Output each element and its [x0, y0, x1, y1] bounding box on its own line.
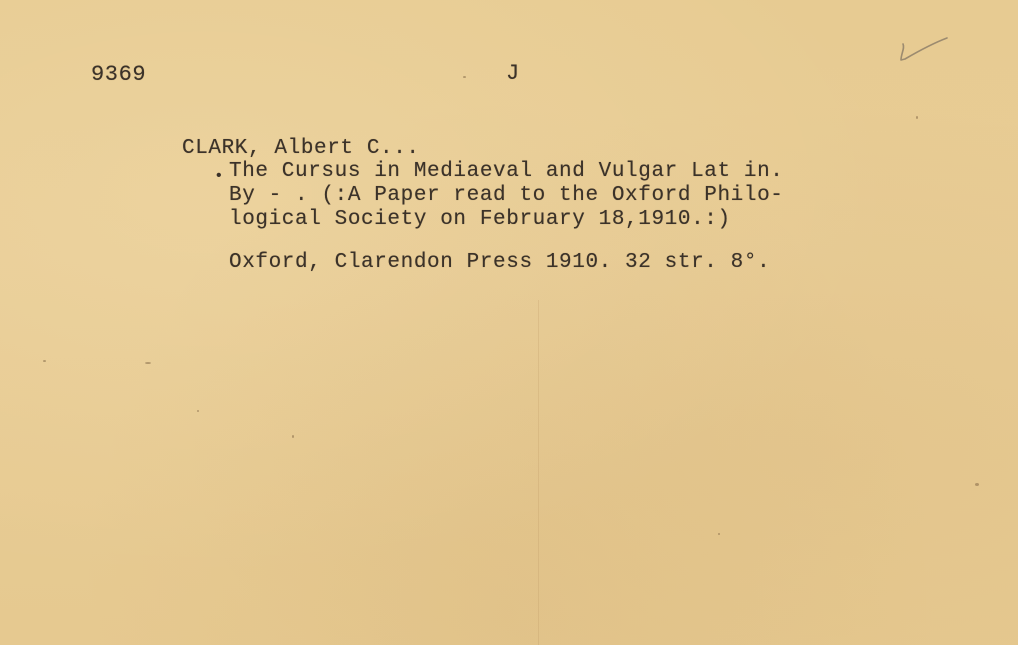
paper-speck	[292, 435, 294, 438]
letter-mark: J	[506, 62, 520, 86]
paper-speck	[463, 76, 466, 78]
author-heading: CLARK, Albert C...	[182, 137, 420, 161]
title-line-1: The Cursus in Mediaeval and Vulgar Lat i…	[229, 160, 784, 184]
paper-crease	[538, 300, 539, 645]
paper-speck	[145, 362, 151, 364]
paper-speck	[197, 410, 199, 412]
bullet-mark: •	[214, 167, 224, 185]
title-line-2: By - . (:A Paper read to the Oxford Phil…	[229, 184, 784, 208]
checkmark-icon	[895, 30, 955, 70]
catalog-card: 9369 J CLARK, Albert C... • The Cursus i…	[0, 0, 1018, 645]
paper-speck	[718, 533, 720, 535]
paper-speck	[916, 116, 918, 119]
paper-speck	[975, 483, 979, 486]
imprint-line: Oxford, Clarendon Press 1910. 32 str. 8°…	[229, 251, 770, 275]
title-line-3: logical Society on February 18,1910.:)	[229, 208, 731, 232]
card-number: 9369	[91, 63, 146, 87]
paper-speck	[43, 360, 46, 362]
